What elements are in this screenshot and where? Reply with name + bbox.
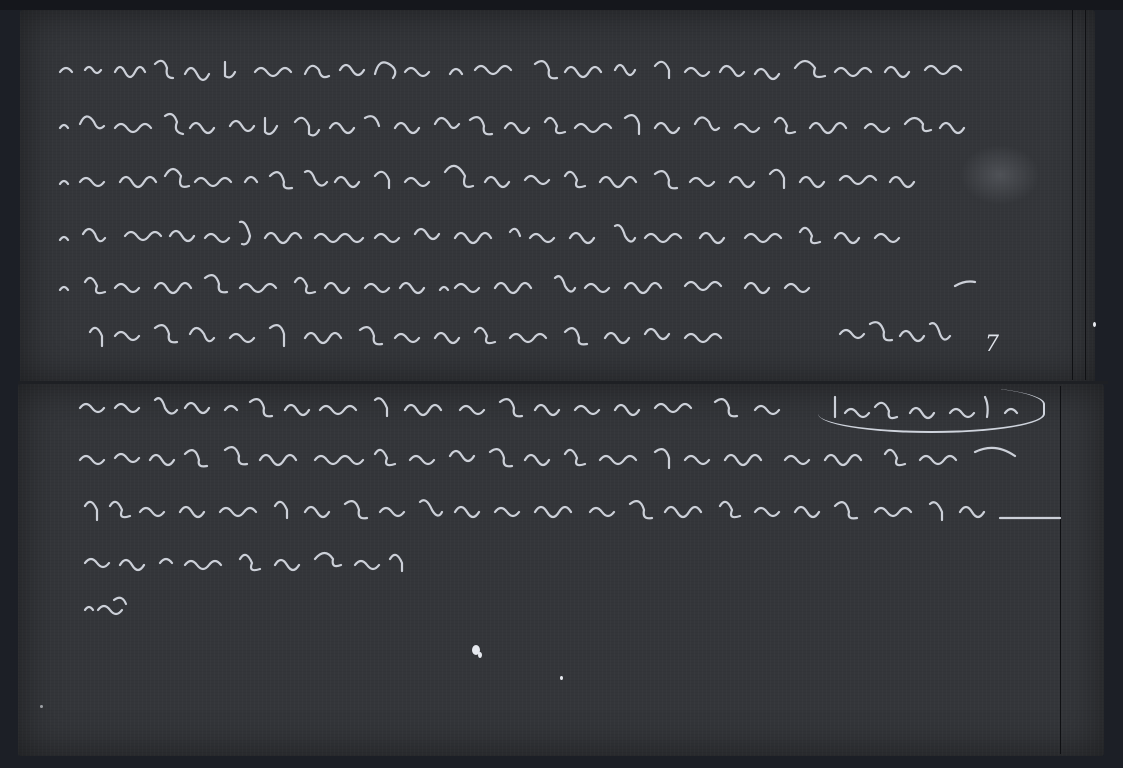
paper-damage <box>478 652 482 658</box>
manuscript-line: handwritten Burmese line 5 <box>80 590 130 620</box>
manuscript-line: handwritten Burmese line 4 <box>55 218 975 248</box>
background-edge <box>0 0 1123 10</box>
manuscript-line: handwritten Burmese line 6 <box>85 318 785 348</box>
manuscript-line: handwritten Burmese line 1 <box>55 52 1015 82</box>
annotation-text <box>830 393 1030 423</box>
paper-damage <box>40 705 43 708</box>
page-number: 7 <box>985 332 999 357</box>
paper-damage <box>560 676 563 680</box>
manuscript-line: handwritten Burmese line 3 <box>55 162 975 192</box>
manuscript-line: ၁၀ handwritten Burmese line 1 <box>75 390 815 420</box>
manuscript-line: handwritten Burmese line 2 <box>55 108 995 138</box>
manuscript-line: handwritten Burmese line 4 <box>80 545 420 575</box>
folio-edge-line <box>1060 386 1061 754</box>
manuscript-line: handwritten Burmese line 2 <box>75 440 1045 470</box>
signature <box>835 316 960 346</box>
folio-edge-line <box>1085 10 1086 380</box>
paper-damage <box>1093 322 1096 327</box>
folio-edge-line <box>1072 10 1073 380</box>
manuscript-line: handwritten Burmese line 3 <box>80 492 1070 522</box>
manuscript-line: handwritten Burmese line 5 <box>55 268 975 298</box>
